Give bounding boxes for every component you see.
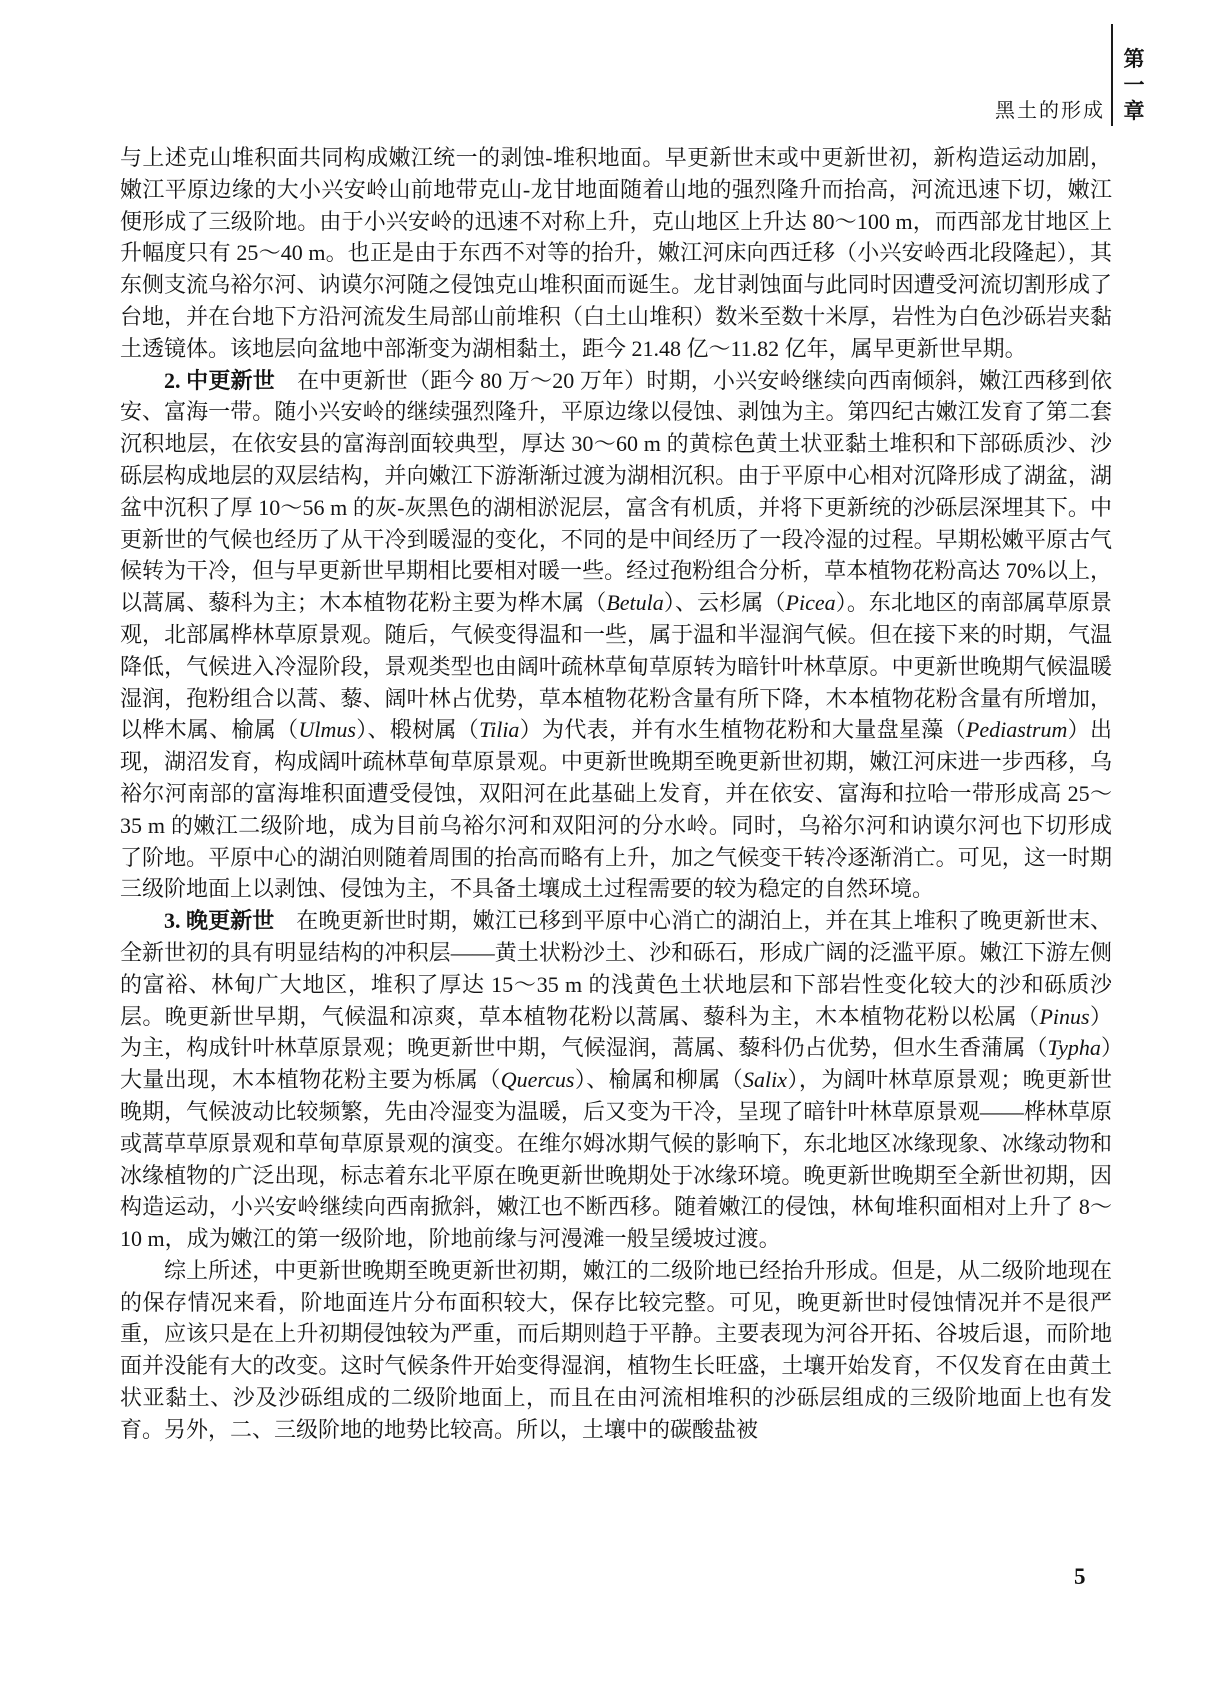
paragraph-run: 在中更新世（距今 80 万～20 万年）时期，小兴安岭继续向西南倾斜，嫩江西移到…	[120, 368, 1112, 616]
paragraph: 3. 晚更新世 在晚更新世时期，嫩江已移到平原中心消亡的湖泊上，并在其上堆积了晚…	[120, 905, 1112, 1255]
paragraph-run: 与上述克山堆积面共同构成嫩江统一的剥蚀-堆积地面。早更新世末或中更新世初，新构造…	[120, 145, 1112, 361]
latin-name: Typha	[1048, 1035, 1101, 1060]
latin-name: Picea	[786, 590, 836, 615]
paragraph-run: ）为代表，并有水生植物花粉和大量盘星藻（	[519, 717, 965, 742]
paragraph-run: ）、云杉属（	[664, 590, 786, 615]
paragraph: 综上所述，中更新世晚期至晚更新世初期，嫩江的二级阶地已经抬升形成。但是，从二级阶…	[120, 1255, 1112, 1446]
latin-name: Betula	[606, 590, 663, 615]
body-text: 与上述克山堆积面共同构成嫩江统一的剥蚀-堆积地面。早更新世末或中更新世初，新构造…	[120, 142, 1112, 1446]
paragraph-run: ）出现，湖沼发育，构成阔叶疏林草甸草原景观。中更新世晚期至晚更新世初期，嫩江河床…	[120, 717, 1112, 901]
page-number: 5	[1074, 1564, 1086, 1590]
paragraph-run: ）、椴树属（	[356, 717, 479, 742]
running-head: 黑土的形成	[995, 94, 1105, 123]
latin-name: Ulmus	[298, 717, 355, 742]
latin-name: Salix	[743, 1067, 787, 1092]
latin-name: Pediastrum	[966, 717, 1067, 742]
header-divider	[1111, 24, 1113, 126]
paragraph-run: ）、榆属和柳属（	[574, 1067, 743, 1092]
paragraph-lead: 2. 中更新世	[164, 368, 275, 393]
paragraph-lead: 3. 晚更新世	[164, 908, 274, 933]
latin-name: Tilia	[479, 717, 519, 742]
paragraph: 与上述克山堆积面共同构成嫩江统一的剥蚀-堆积地面。早更新世末或中更新世初，新构造…	[120, 142, 1112, 365]
latin-name: Pinus	[1039, 1004, 1089, 1029]
latin-name: Quercus	[501, 1067, 575, 1092]
paragraph-run: ），为阔叶林草原景观；晚更新世晚期，气候波动比较频繁，先由冷湿变为温暖，后又变为…	[120, 1067, 1112, 1251]
chapter-label: 第一章	[1121, 46, 1147, 124]
book-page: 黑土的形成 第一章 与上述克山堆积面共同构成嫩江统一的剥蚀-堆积地面。早更新世末…	[0, 0, 1221, 1683]
paragraph: 2. 中更新世 在中更新世（距今 80 万～20 万年）时期，小兴安岭继续向西南…	[120, 365, 1112, 906]
paragraph-run: 综上所述，中更新世晚期至晚更新世初期，嫩江的二级阶地已经抬升形成。但是，从二级阶…	[120, 1258, 1112, 1442]
